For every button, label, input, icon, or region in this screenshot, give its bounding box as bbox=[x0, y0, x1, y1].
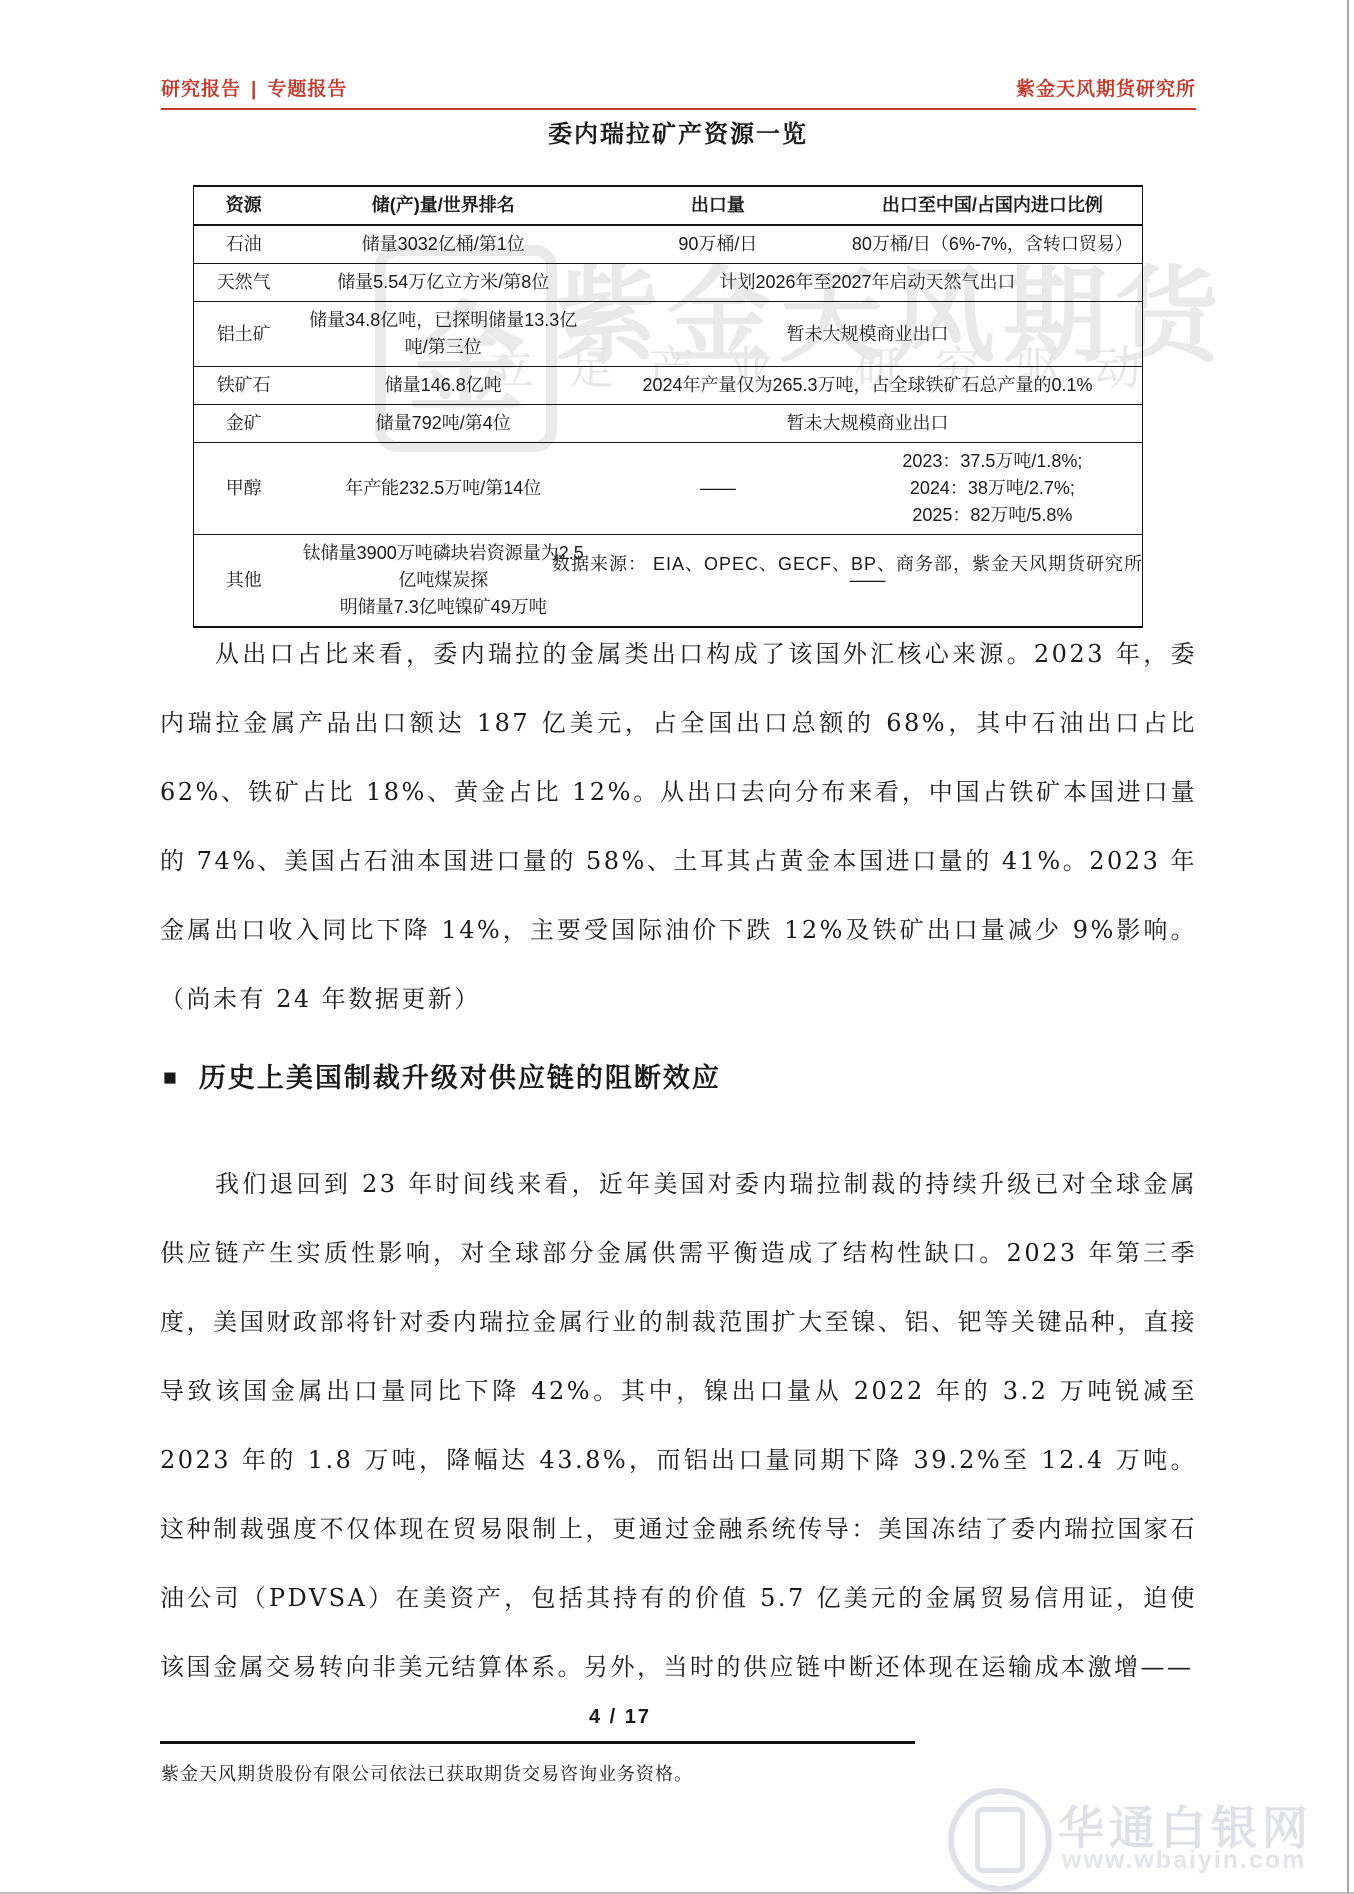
report-page: 金 紫金天风期货 立足产业 研究驱动 华通白银网 www.wbaiyin.com… bbox=[0, 0, 1354, 1894]
table-cell: 天然气 bbox=[194, 264, 294, 302]
table-row: 资源储(产)量/世界排名出口量出口至中国/占国内进口比例 bbox=[194, 186, 1143, 225]
header-rule bbox=[161, 108, 1196, 110]
page-header: 研究报告|专题报告 紫金天风期货研究所 bbox=[161, 74, 1196, 101]
table-header-row: 资源储(产)量/世界排名出口量出口至中国/占国内进口比例 bbox=[194, 186, 1143, 225]
site-watermark-name: 华通白银网 bbox=[1058, 1792, 1313, 1858]
footer-rule bbox=[160, 1741, 915, 1744]
table-cell: 储量34.8亿吨，已探明储量13.3亿吨/第三位 bbox=[293, 302, 593, 367]
table-cell: 储量3032亿桶/第1位 bbox=[293, 225, 593, 264]
table-cell: 80万桶/日（6%-7%，含转口贸易） bbox=[843, 225, 1143, 264]
site-watermark-url: www.wbaiyin.com bbox=[1062, 1846, 1306, 1875]
table-cell: —— bbox=[593, 443, 843, 535]
section-heading: ■历史上美国制裁升级对供应链的阻断效应 bbox=[163, 1056, 1197, 1095]
column-header: 出口量 bbox=[593, 186, 843, 225]
table-cell: 计划2026年至2027年启动天然气出口 bbox=[593, 264, 1142, 302]
column-header: 资源 bbox=[194, 186, 294, 225]
table-row: 其他钛储量3900万吨磷块岩资源量为2.5亿吨煤炭探 明储量7.3亿吨镍矿49万… bbox=[194, 535, 1143, 628]
table-cell: 其他 bbox=[194, 535, 294, 628]
table-cell: —— bbox=[593, 535, 1142, 628]
table-cell: 钛储量3900万吨磷块岩资源量为2.5亿吨煤炭探 明储量7.3亿吨镍矿49万吨 bbox=[293, 535, 593, 628]
table-cell: 甲醇 bbox=[194, 443, 294, 535]
table-cell: 90万桶/日 bbox=[593, 225, 843, 264]
table-row: 铁矿石储量146.8亿吨2024年产量仅为265.3万吨，占全球铁矿石总产量的0… bbox=[194, 367, 1143, 405]
paragraph-export-share: 从出口占比来看，委内瑞拉的金属类出口构成了该国外汇核心来源。2023 年，委内瑞… bbox=[160, 620, 1197, 1034]
table-row: 天然气储量5.54万亿立方米/第8位计划2026年至2027年启动天然气出口 bbox=[194, 264, 1143, 302]
header-separator: | bbox=[251, 79, 257, 100]
table-cell: 暂未大规模商业出口 bbox=[593, 302, 1142, 367]
data-source-note: 数据来源： EIA、OPEC、GECF、BP、商务部，紫金天风期货研究所 bbox=[160, 550, 1143, 576]
table-row: 石油储量3032亿桶/第1位90万桶/日80万桶/日（6%-7%，含转口贸易） bbox=[194, 225, 1143, 264]
research-org-name: 紫金天风期货研究所 bbox=[1016, 74, 1196, 101]
report-category: 研究报告 bbox=[161, 79, 241, 100]
footer-disclaimer: 紫金天风期货股份有限公司依法已获取期货交易咨询业务资格。 bbox=[161, 1760, 693, 1786]
column-header: 出口至中国/占国内进口比例 bbox=[843, 186, 1143, 225]
column-header: 储(产)量/世界排名 bbox=[293, 186, 593, 225]
table-cell: 金矿 bbox=[194, 405, 294, 443]
page-edge-line bbox=[1347, 0, 1349, 1894]
section-heading-text: 历史上美国制裁升级对供应链的阻断效应 bbox=[199, 1063, 721, 1093]
site-logo-watermark-icon bbox=[948, 1788, 1052, 1892]
table-cell: 铝土矿 bbox=[194, 302, 294, 367]
table-cell: 2023：37.5万吨/1.8%; 2024：38万吨/2.7%; 2025：8… bbox=[843, 443, 1143, 535]
paragraph-sanctions-history: 我们退回到 23 年时间线来看，近年美国对委内瑞拉制裁的持续升级已对全球金属供应… bbox=[160, 1150, 1197, 1702]
table-cell: 暂未大规模商业出口 bbox=[593, 405, 1142, 443]
table-row: 甲醇年产能232.5万吨/第14位——2023：37.5万吨/1.8%; 202… bbox=[194, 443, 1143, 535]
table-cell: 储量792吨/第4位 bbox=[293, 405, 593, 443]
page-number: 4 / 17 bbox=[160, 1706, 1080, 1729]
table-row: 金矿储量792吨/第4位暂未大规模商业出口 bbox=[194, 405, 1143, 443]
site-logo-inner-shape bbox=[975, 1807, 1025, 1873]
report-subcategory: 专题报告 bbox=[267, 79, 347, 100]
table-cell: 年产能232.5万吨/第14位 bbox=[293, 443, 593, 535]
table-cell: 石油 bbox=[194, 225, 294, 264]
table-cell: 储量146.8亿吨 bbox=[293, 367, 593, 405]
table-title: 委内瑞拉矿产资源一览 bbox=[160, 114, 1196, 149]
section-bullet-icon: ■ bbox=[163, 1064, 179, 1091]
table-cell: 铁矿石 bbox=[194, 367, 294, 405]
table-cell: 储量5.54万亿立方米/第8位 bbox=[293, 264, 593, 302]
table-row: 铝土矿储量34.8亿吨，已探明储量13.3亿吨/第三位暂未大规模商业出口 bbox=[194, 302, 1143, 367]
header-left: 研究报告|专题报告 bbox=[161, 74, 347, 101]
table-cell: 2024年产量仅为265.3万吨，占全球铁矿石总产量的0.1% bbox=[593, 367, 1142, 405]
